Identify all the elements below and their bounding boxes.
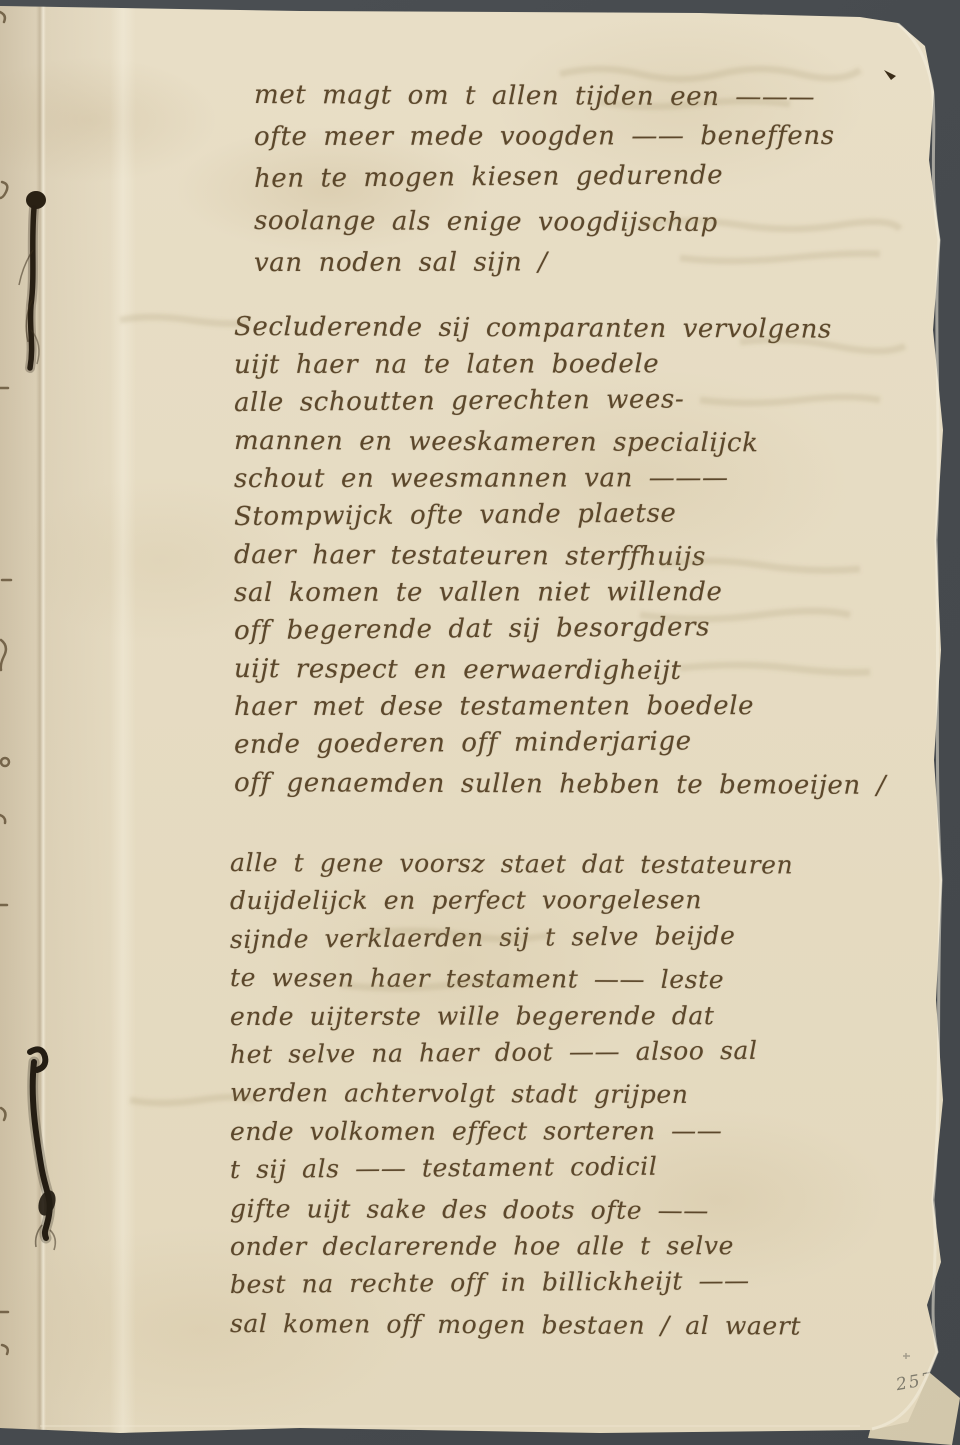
text-line: off genaemden sullen hebben te bemoeijen… (234, 764, 940, 805)
text-line: soolange als enige voogdijschap (254, 200, 940, 245)
text-line: sal komen off mogen bestaen / al waert (230, 1305, 940, 1347)
text-line: Stompwijck ofte vande plaetse (234, 492, 940, 536)
text-line: ende goederen off minderjarige (234, 720, 940, 764)
paragraph-2: Secluderende sij comparanten vervolgens … (234, 308, 940, 802)
text-line: uijt haer na te laten boedele (234, 345, 940, 384)
text-line: met magt om t allen tijden een ——— (254, 74, 940, 119)
text-line: Secluderende sij comparanten vervolgens (234, 308, 940, 349)
text-line: best na rechte off in billickheijt —— (230, 1261, 940, 1305)
text-line: sijnde verklaerden sij t selve beijde (230, 915, 940, 959)
handwritten-text: met magt om t allen tijden een ——— ofte … (228, 74, 940, 1343)
text-line: van noden sal sijn / (254, 241, 940, 284)
text-line: off begerende dat sij besorgders (234, 606, 940, 650)
text-line: ende uijterste wille begerende dat (230, 996, 940, 1036)
scan-background: met magt om t allen tijden een ——— ofte … (0, 0, 960, 1445)
text-line: werden achtervolgt stadt grijpen (230, 1074, 940, 1116)
text-line: alle schoutten gerechten wees- (234, 378, 940, 422)
paragraph-1: met magt om t allen tijden een ——— ofte … (254, 74, 940, 284)
text-line: het selve na haer doot —— alsoo sal (230, 1030, 940, 1074)
text-line: te wesen haer testament —— leste (230, 959, 940, 1001)
text-line: schout en weesmannen van ——— (234, 459, 940, 498)
text-line: haer met dese testamenten boedele (234, 687, 940, 726)
text-line: hen te mogen kiesen gedurende (254, 153, 940, 200)
text-line: daer haer testateuren sterffhuijs (234, 536, 940, 577)
text-line: ofte meer mede voogden —— beneffens (254, 115, 940, 158)
manuscript-page: met magt om t allen tijden een ——— ofte … (0, 0, 960, 1445)
text-line: sal komen te vallen niet willende (234, 573, 940, 612)
text-line: mannen en weeskameren specialijck (234, 422, 940, 463)
text-line: alle t gene voorsz staet dat testateuren (230, 844, 940, 886)
paragraph-3: alle t gene voorsz staet dat testateuren… (230, 844, 940, 1343)
text-line: duijdelijck en perfect voorgelesen (230, 881, 940, 921)
text-line: gifte uijt sake des doots ofte —— (230, 1190, 940, 1232)
fold-crease (36, 0, 46, 1445)
text-line: t sij als —— testament codicil (230, 1146, 940, 1190)
text-line: uijt respect en eerwaerdigheijt (234, 650, 940, 691)
gutter-highlight (110, 0, 136, 1445)
